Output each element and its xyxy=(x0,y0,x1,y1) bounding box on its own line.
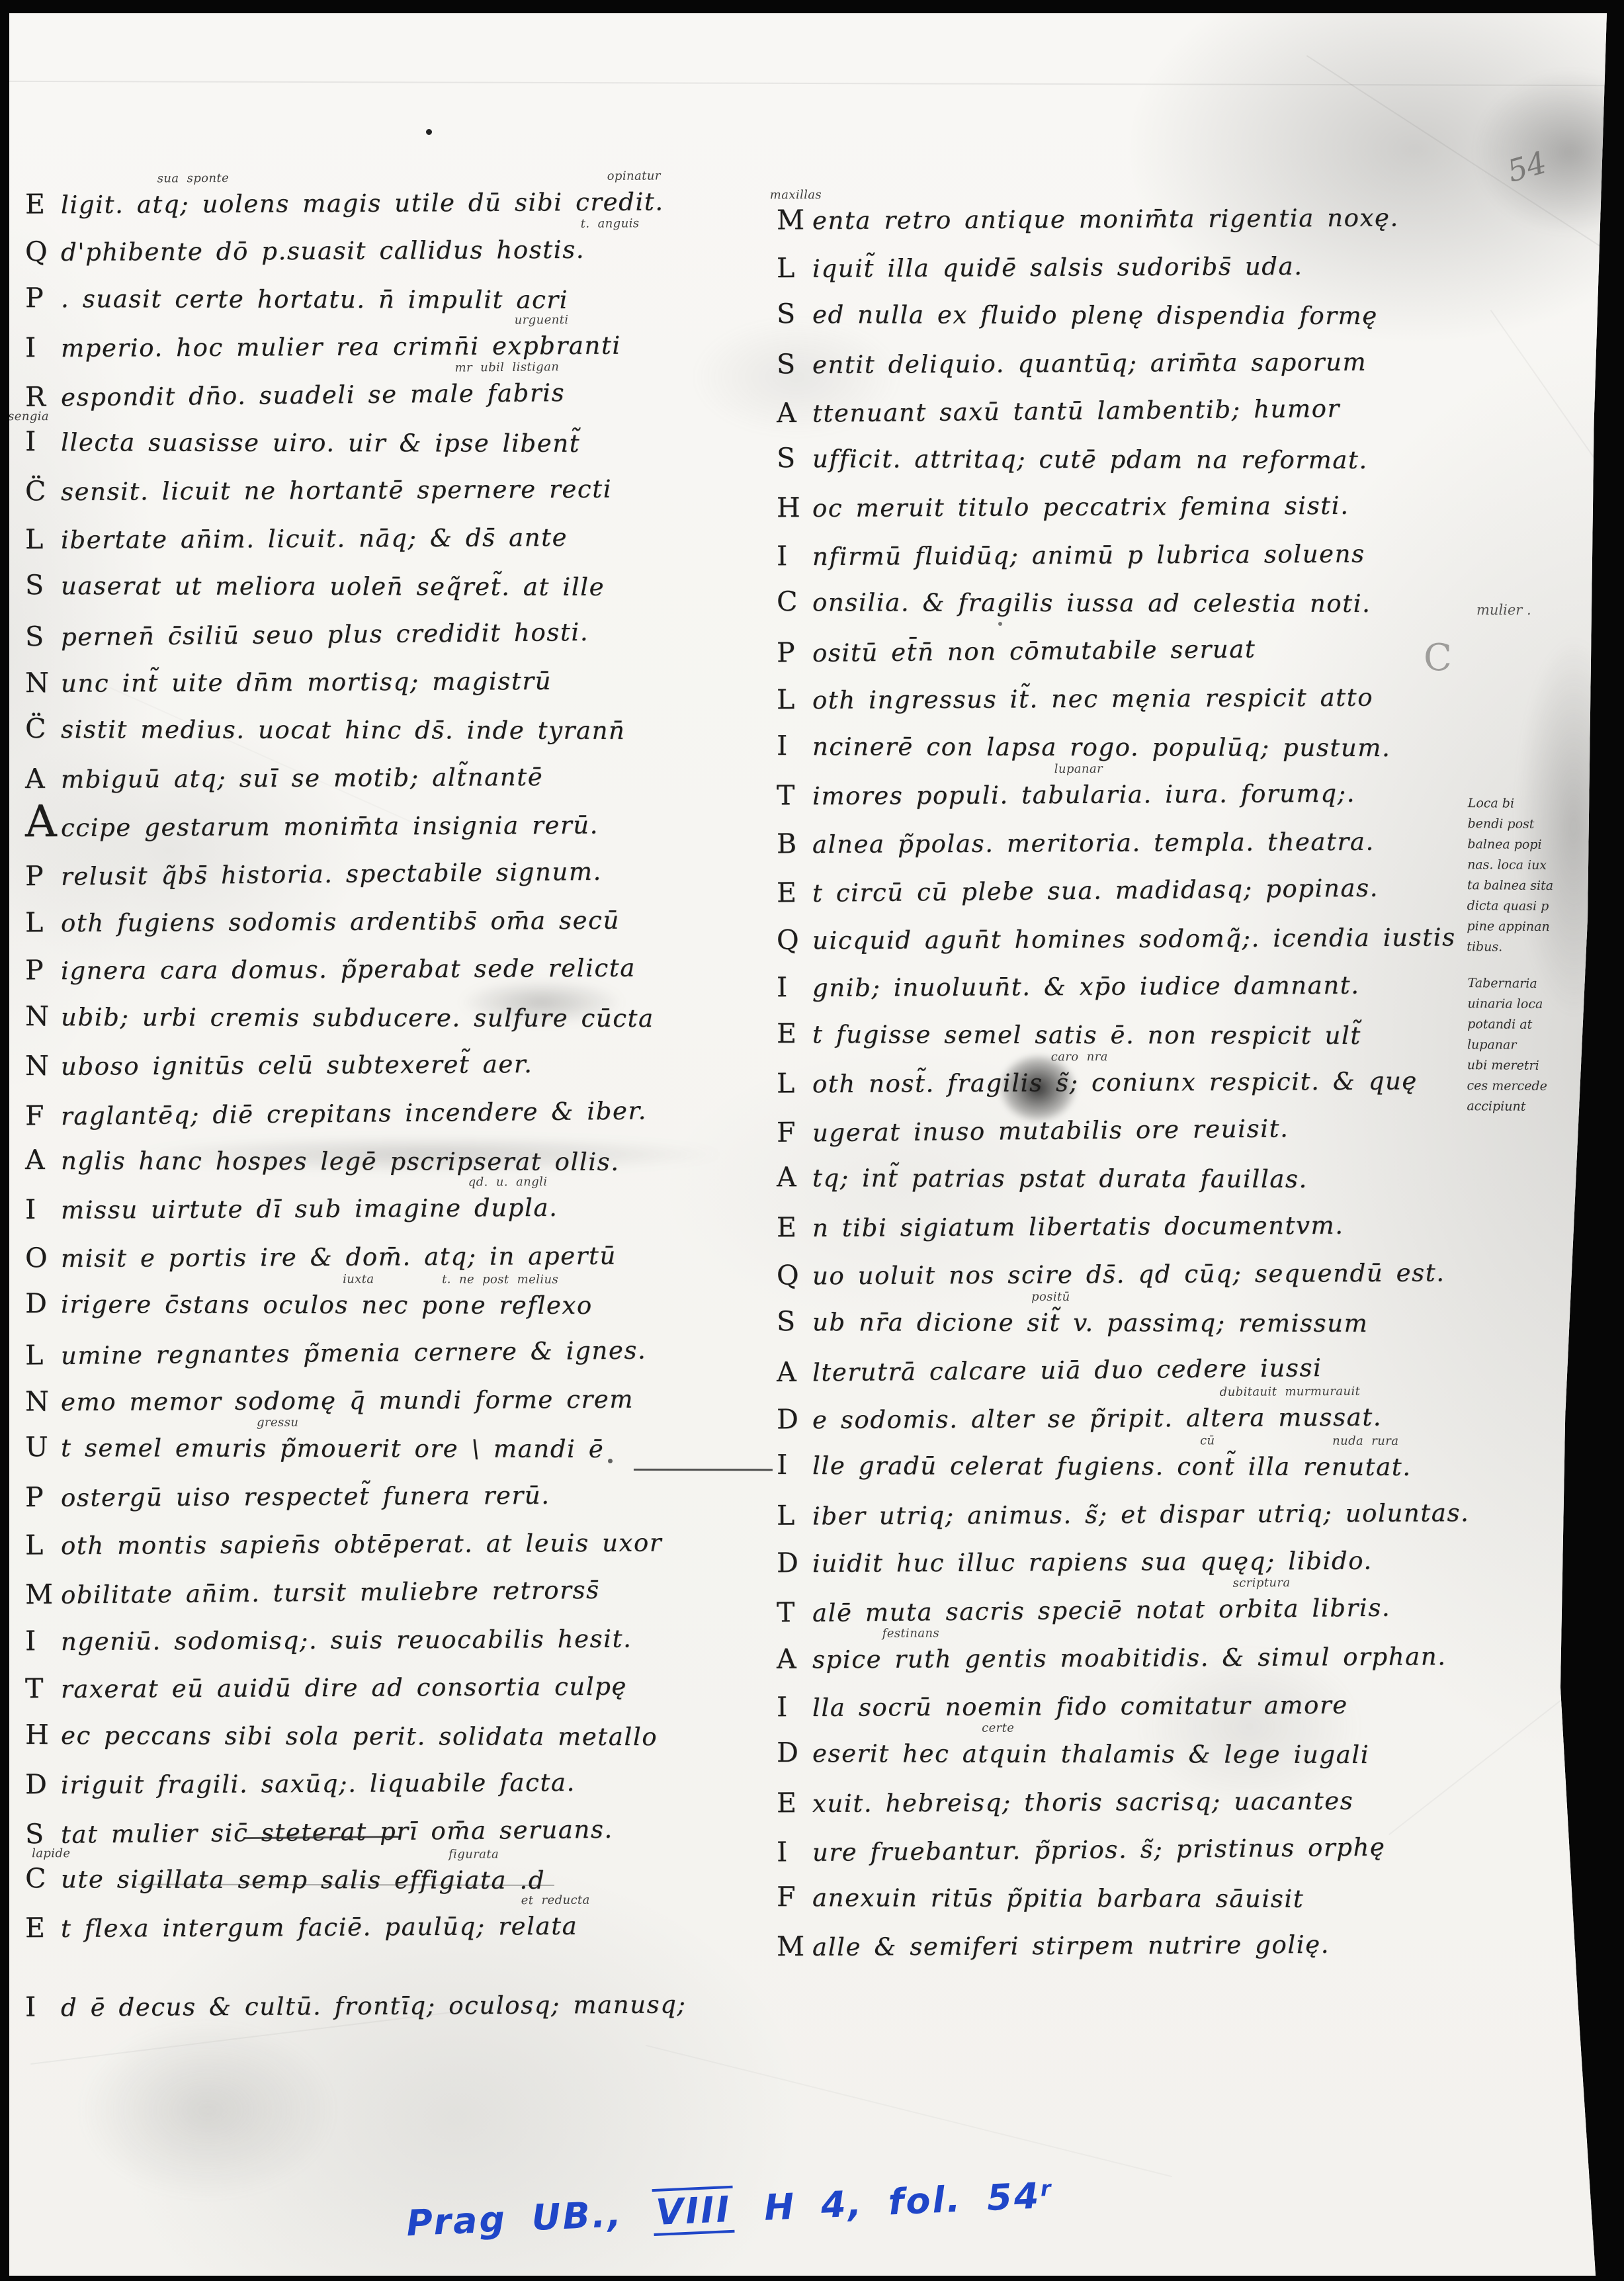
line-initial: P xyxy=(777,637,812,667)
line-text: imores populi. tabularia. iura. forumq;. xyxy=(812,779,1355,810)
verse-line: Consilia. & fragilis iussa ad celestia n… xyxy=(777,587,1371,626)
line-initial: O xyxy=(25,1243,61,1273)
line-initial: A xyxy=(777,1644,812,1674)
line-initial: Q xyxy=(777,1260,812,1290)
interlinear-gloss: figurata xyxy=(449,1849,499,1861)
interlinear-gloss: nuda rura xyxy=(1332,1436,1398,1447)
interlinear-gloss: maxillas xyxy=(770,189,822,201)
verse-line: Pignera cara domus. p̃perabat sede relic… xyxy=(25,953,636,994)
verse-line: Traxerat eū auidū dire ad consortia culp… xyxy=(25,1671,627,1713)
verse-line: Nubib; urbi cremis subducere. sulfure cū… xyxy=(25,1002,654,1041)
margin-note-line: nas. loca iux xyxy=(1467,855,1623,877)
verse-line: C̈sensit. licuit ne hortantē spernere re… xyxy=(25,474,612,515)
line-initial: S xyxy=(25,621,61,652)
verse-line: Infirmū fluidūq; animū p lubrica soluens xyxy=(777,538,1365,580)
line-initial: I xyxy=(25,1195,61,1225)
verse-line: Postergū uiso respectet̃ funera rerū. xyxy=(25,1480,550,1521)
line-text: ttenuant saxū tantū lambentib; humor xyxy=(812,394,1340,428)
line-text: relusit q̃bs̄ historia. spectabile signu… xyxy=(61,857,602,890)
line-initial: E xyxy=(25,1913,61,1943)
verse-line: Lumine regnantes p̃menia cernere & ignes… xyxy=(25,1334,647,1379)
interlinear-gloss: festinans xyxy=(882,1627,939,1639)
line-initial: M xyxy=(777,205,812,235)
interlinear-gloss: positū xyxy=(1031,1291,1070,1303)
line-text: e sodomis. alter se p̃ripit. altera muss… xyxy=(812,1402,1382,1434)
margin-note-line: ubi meretri xyxy=(1467,1055,1623,1077)
line-initial: I xyxy=(777,972,812,1002)
verse-line: En tibi sigiatum libertatis documentvm. xyxy=(777,1209,1344,1250)
line-initial: M xyxy=(25,1579,61,1610)
line-initial: D xyxy=(25,1770,61,1799)
line-initial: E xyxy=(777,1788,812,1818)
line-initial: F xyxy=(25,1101,61,1131)
folio-number: 54 xyxy=(1504,144,1551,189)
line-text: oth ingressus it̃. nec męnia respicit at… xyxy=(812,683,1373,714)
verse-line: Respondit dn̄o. suadeli se male fabrismr… xyxy=(25,377,566,421)
verse-line: Quicquid agun̄t homines sodomq̃;. icendi… xyxy=(777,922,1456,963)
line-initial: T xyxy=(777,1597,812,1627)
line-initial: T xyxy=(777,781,812,810)
verse-line: Suaserat ut meliora uolen̄ seq̃ret̃. at … xyxy=(25,570,605,610)
line-initial: I xyxy=(777,1837,812,1868)
interlinear-gloss: gressu xyxy=(257,1417,298,1429)
line-initial: D xyxy=(777,1404,812,1434)
interlinear-gloss: mr ubil listigan xyxy=(454,361,559,374)
line-initial: I xyxy=(777,1692,812,1721)
verse-line: C̈sistit medius. uocat hinc ds̄. inde ty… xyxy=(25,714,626,753)
line-text: pernen̄ c̄siliū seuo plus credidit hosti… xyxy=(61,618,589,652)
interlinear-gloss: lapide xyxy=(32,1848,70,1860)
line-initial: L xyxy=(777,1500,812,1530)
crease-line xyxy=(646,2045,1172,2177)
interlinear-gloss: opinatur xyxy=(607,170,661,182)
line-text: onsilia. & fragilis iussa ad celestia no… xyxy=(812,588,1371,618)
verse-line: Et circū cū plebe sua. madidasq; popinas… xyxy=(777,873,1379,917)
line-initial: E xyxy=(777,1019,812,1049)
margin-note-line: Tabernaria xyxy=(1468,973,1623,995)
verse-line: Nemo memor sodomę q̄ mundi forme crem xyxy=(25,1384,634,1426)
line-text: iquit̃ illa quidē salsis sudoribs̄ uda. xyxy=(812,251,1303,282)
verse-line: Aspice ruth gentis moabitidis. & simul o… xyxy=(777,1641,1447,1682)
line-initial: F xyxy=(777,1882,812,1912)
line-text: uo uoluit nos scire ds̄. qd cūq; sequend… xyxy=(812,1258,1445,1290)
verse-line: Liquit̃ illa quidē salsis sudoribs̄ uda. xyxy=(777,250,1303,291)
line-initial: L xyxy=(25,1340,61,1371)
line-initial: T xyxy=(25,1674,61,1703)
line-initial: I xyxy=(777,731,812,761)
verse-line: Quo uoluit nos scire ds̄. qd cūq; sequen… xyxy=(777,1257,1445,1299)
line-text: emo memor sodomę q̄ mundi forme crem xyxy=(61,1385,634,1417)
shelfmark-annotation: Prag UB., VIII H 4, fol. 54r xyxy=(406,2174,1054,2245)
line-text: ufficit. attritaq; cutē pdam na reformat… xyxy=(812,445,1368,474)
verse-line: Sub nr̄a dicione sit̃ v. passimq; remiss… xyxy=(777,1307,1368,1346)
line-text: obilitate an̄im. tursit muliebre retrors… xyxy=(61,1575,600,1609)
verse-line: Qd'phibente dō p.suasit callidus hostis.… xyxy=(25,234,585,275)
verse-line: Iure fruebantur. p̃prios. s̃; pristinus … xyxy=(777,1832,1386,1876)
line-text: ccipe gestarum monim̄ta insignia rerū. xyxy=(61,811,599,842)
line-initial: L xyxy=(25,525,61,554)
shelfmark-mid: H 4, fol. 54 xyxy=(763,2175,1042,2229)
line-text: ec peccans sibi sola perit. solidata met… xyxy=(61,1721,658,1751)
line-text: ncinerē con lapsa rogo. populūq; pustum. xyxy=(812,732,1390,762)
line-text: d ē decus & cultū. frontīq; oculosq; man… xyxy=(61,1990,687,2022)
crease-line xyxy=(1306,55,1624,330)
verse-line: Mobilitate an̄im. tursit muliebre retror… xyxy=(25,1574,600,1617)
line-text: n tibi sigiatum libertatis documentvm. xyxy=(812,1211,1344,1242)
line-initial: I xyxy=(777,541,812,571)
verse-line: Loth ingressus it̃. nec męnia respicit a… xyxy=(777,682,1373,724)
line-text: mbiguū atq; suī se motib; alt̃nantē xyxy=(61,763,543,794)
line-initial: I xyxy=(25,427,61,456)
line-initial: B xyxy=(777,829,812,859)
interlinear-gloss: scriptura xyxy=(1232,1576,1290,1589)
crease-line xyxy=(109,687,412,822)
line-initial: E xyxy=(25,189,61,219)
line-text: ostergū uiso respectet̃ funera rerū. xyxy=(61,1481,550,1512)
interlinear-gloss: lupanar xyxy=(1054,763,1103,775)
margin-note-tabernaria: Tabernariauinaria locapotandi atlupanaru… xyxy=(1467,973,1623,1118)
verse-line: Fraglantēq; diē crepitans incendere & ib… xyxy=(25,1095,648,1139)
margin-note-line: ces mercede xyxy=(1467,1076,1622,1097)
line-text: ositū et̄n̄ non cōmutabile seruat xyxy=(812,634,1256,667)
verse-line: Nunc int̃ uite dn̄m mortisq; magistrū xyxy=(25,666,552,707)
line-text: enta retro antique monim̄ta rigentia nox… xyxy=(812,204,1399,236)
crease-line xyxy=(1389,1659,1613,1835)
verse-line: Loth fugiens sodomis ardentibs̄ om̄a sec… xyxy=(25,905,620,947)
verse-line: Id ē decus & cultū. frontīq; oculosq; ma… xyxy=(25,1989,687,2030)
margin-note-line: pine appinan xyxy=(1467,916,1622,938)
line-initial: D xyxy=(777,1738,812,1768)
verse-line: Loth montis sapien̄s obtēperat. at leuis… xyxy=(25,1528,662,1569)
line-initial: A xyxy=(25,764,61,794)
line-initial: C xyxy=(25,1864,61,1893)
line-initial: I xyxy=(25,1992,61,2022)
line-initial: L xyxy=(777,253,812,282)
line-text: raxerat eū auidū dire ad consortia culpę xyxy=(61,1672,627,1703)
margin-note-line: uinaria loca xyxy=(1467,994,1623,1015)
line-text: irigere c̄stans oculos nec pone reflexo xyxy=(61,1290,593,1320)
line-text: entit deliquio. quantūq; arim̄ta saporum xyxy=(812,347,1367,378)
line-text: ibertate an̄im. licuit. nāq; & ds̄ ante xyxy=(61,523,568,554)
line-initial: S xyxy=(25,1819,61,1849)
verse-line: Spernen̄ c̄siliū seuo plus credidit host… xyxy=(25,617,589,660)
margin-note-line: Loca bi xyxy=(1468,793,1623,815)
verse-line: Prelusit q̃bs̄ historia. spectabile sign… xyxy=(25,855,602,899)
interlinear-gloss: urguenti xyxy=(515,314,569,326)
verse-line: Ignib; inuoluun̄t. & xp̄o iudice damnant… xyxy=(777,970,1360,1011)
line-text: alē muta sacris speciē notat orbita libr… xyxy=(812,1593,1391,1627)
line-initial: A xyxy=(777,398,812,429)
verse-line: Sed nulla ex fluido plenę dispendia form… xyxy=(777,299,1378,339)
verse-line: Nuboso ignitūs celū subtexeret̃ aer. xyxy=(25,1049,533,1090)
line-text: alnea p̃polas. meritoria. templa. theatr… xyxy=(812,827,1375,858)
line-text: ignera cara domus. p̃perabat sede relict… xyxy=(61,954,636,986)
verse-line: Malle & semiferi stirpem nutrire golię. xyxy=(777,1929,1330,1970)
line-initial: A xyxy=(25,1145,61,1175)
verse-line: Sentit deliquio. quantūq; arim̄ta saporu… xyxy=(777,346,1367,388)
line-initial: F xyxy=(777,1117,812,1148)
line-initial: A xyxy=(777,1357,812,1387)
line-initial: E xyxy=(777,1212,812,1242)
verse-line: Ambiguū atq; suī se motib; alt̃nantē xyxy=(25,761,544,802)
margin-note-line: accipiunt xyxy=(1467,1096,1622,1118)
line-initial: R xyxy=(25,382,61,412)
line-text: lterutrā calcare uiā duo cedere iussi xyxy=(812,1354,1322,1387)
line-text: t circū cū plebe sua. madidasq; popinas. xyxy=(812,874,1379,908)
line-text: nglis hanc hospes legē pscripserat ollis… xyxy=(61,1146,620,1176)
interlinear-gloss: caro nra xyxy=(1051,1051,1108,1063)
line-text: oc meruit titulo peccatrix femina sisti. xyxy=(812,492,1349,523)
speck xyxy=(608,1459,613,1463)
verse-line: Ingeniū. sodomisq;. suis reuocabilis hes… xyxy=(25,1623,632,1665)
line-text: . suasit certe hortatu. n̄ impulit acri xyxy=(61,284,568,314)
line-initial: D xyxy=(25,1289,61,1318)
interlinear-gloss: t. ne post melius xyxy=(442,1274,558,1286)
interlinear-gloss: cū xyxy=(1200,1435,1215,1447)
line-text: spice ruth gentis moabitidis. & simul or… xyxy=(812,1642,1447,1674)
shelfmark-prefix: Prag UB., xyxy=(406,2193,624,2244)
crease-line xyxy=(1490,310,1624,538)
line-initial: S xyxy=(777,1307,812,1336)
shelfmark-recto-mark: r xyxy=(1040,2176,1053,2202)
line-text: ute sigillata semp salis effigiata .d xyxy=(61,1865,545,1895)
line-text: ugerat inuso mutabilis ore reuisit. xyxy=(812,1114,1289,1147)
line-text: mperio. hoc mulier rea crimn̄i expbranti xyxy=(61,331,621,363)
margin-initial-c: C xyxy=(1424,636,1452,679)
line-text: raglantēq; diē crepitans incendere & ibe… xyxy=(61,1096,647,1131)
line-initial: N xyxy=(25,668,61,698)
line-text: sistit medius. uocat hinc ds̄. inde tyra… xyxy=(61,716,626,746)
verse-line: Et flexa intergum faciē. paulūq; relatae… xyxy=(25,1911,578,1952)
line-text: tat mulier sic̄ steterat prī om̄a seruan… xyxy=(61,1815,613,1848)
line-initial: S xyxy=(777,443,812,473)
verse-line: Exuit. hebreisq; thoris sacrisq; uacante… xyxy=(777,1785,1354,1827)
verse-line: Positū et̄n̄ non cōmutabile seruat xyxy=(777,633,1256,676)
speck xyxy=(426,129,432,135)
verse-line: Diriguit fragili. saxūq;. liquabile fact… xyxy=(25,1767,576,1808)
manuscript-page: 54 mulier . C Eligit. atq; uolens magis … xyxy=(9,13,1607,2276)
line-text: lla socrū noemin fido comitatur amore xyxy=(812,1690,1348,1721)
line-initial: P xyxy=(25,1483,61,1512)
line-initial: L xyxy=(777,685,812,714)
verse-line: Libertate an̄im. licuit. nāq; & ds̄ ante xyxy=(25,522,568,563)
interlinear-gloss: et reducta xyxy=(521,1895,590,1907)
line-initial: L xyxy=(25,908,61,937)
verse-line: P. suasit certe hortatu. n̄ impulit acri xyxy=(25,283,568,323)
verse-line: Balnea p̃polas. meritoria. templa. theat… xyxy=(777,826,1375,867)
margin-note-line: lupanar xyxy=(1467,1035,1623,1056)
line-text: alle & semiferi stirpem nutrire golię. xyxy=(812,1930,1330,1961)
line-initial: C̈ xyxy=(25,714,61,744)
line-initial: P xyxy=(25,956,61,986)
line-text: llecta suasisse uiro. uir & ipse libent̃ xyxy=(61,428,580,458)
line-initial: P xyxy=(25,283,61,313)
line-initial: N xyxy=(25,1051,61,1081)
line-text: oth montis sapien̄s obtēperat. at leuis … xyxy=(61,1529,662,1561)
line-text: iriguit fragili. saxūq;. liquabile facta… xyxy=(61,1768,576,1799)
margin-gloss-mulier: mulier . xyxy=(1476,602,1531,618)
verse-line: Dirigere c̄stans oculos nec pone reflexo… xyxy=(25,1289,593,1328)
verse-line: Sufficit. attritaq; cutē pdam na reforma… xyxy=(777,443,1368,483)
line-text: d'phibente dō p.suasit callidus hostis. xyxy=(61,236,585,267)
margin-note-line: ta balnea sita xyxy=(1467,875,1623,897)
interlinear-gloss: uersengia xyxy=(0,411,49,423)
verse-line: Hec peccans sibi sola perit. solidata me… xyxy=(25,1720,658,1760)
verse-line: Imissu uirtute dī sub imagine dupla.qd. … xyxy=(25,1192,558,1233)
line-text: eserit hec atquin thalamis & lege iugali xyxy=(812,1739,1369,1769)
verse-line: Ut semel emuris p̃mouerit ore \ mandi ēg… xyxy=(25,1432,604,1472)
line-text: espondit dn̄o. suadeli se male fabris xyxy=(61,378,566,411)
verse-line: Fugerat inuso mutabilis ore reuisit. xyxy=(777,1113,1289,1156)
line-initial: I xyxy=(777,1450,812,1480)
line-text: iuidit huc illuc rapiens sua quęq; libid… xyxy=(812,1547,1373,1578)
verse-line: De sodomis. alter se p̃ripit. altera mus… xyxy=(777,1401,1382,1443)
shelfmark-roman-numeral: VIII xyxy=(652,2186,735,2236)
line-text: ligit. atq; uolens magis utile dū sibi c… xyxy=(61,187,664,219)
line-text: t flexa intergum faciē. paulūq; relata xyxy=(61,1912,578,1943)
line-text: uboso ignitūs celū subtexeret̃ aer. xyxy=(61,1050,533,1081)
line-text: oth nost̃. fragilis s̃; coniunx respicit… xyxy=(812,1066,1418,1098)
verse-line: Ille gradū celerat fugiens. cont̃ illa r… xyxy=(777,1450,1412,1490)
verse-line: Fanexuin ritūs p̃pitia barbara sāuisit xyxy=(777,1882,1304,1922)
interlinear-gloss: dubitauit murmurauit xyxy=(1220,1385,1361,1398)
line-text: sensit. licuit ne hortantē spernere rect… xyxy=(61,475,612,506)
line-initial: L xyxy=(25,1530,61,1560)
line-initial: Q xyxy=(777,925,812,955)
line-initial: U xyxy=(25,1432,61,1462)
verse-line: Hoc meruit titulo peccatrix femina sisti… xyxy=(777,490,1349,532)
verse-line: Illa socrū noemin fido comitatur amore xyxy=(777,1689,1348,1731)
verse-line: Loth nost̃. fragilis s̃; coniunx respici… xyxy=(777,1065,1418,1107)
line-text: oth fugiens sodomis ardentibs̄ om̄a secū xyxy=(61,906,620,937)
interlinear-gloss: sua sponte xyxy=(157,173,229,185)
line-text: unc int̃ uite dn̄m mortisq; magistrū xyxy=(61,667,552,698)
crease-line xyxy=(9,81,1607,86)
line-initial: A xyxy=(25,812,61,832)
verse-line: Deserit hec atquin thalamis & lege iugal… xyxy=(777,1738,1369,1778)
line-initial: Q xyxy=(25,237,61,267)
line-initial: I xyxy=(25,333,61,363)
line-initial: E xyxy=(777,878,812,908)
margin-note-line: bendi post xyxy=(1467,814,1623,836)
photostat-frame: 54 mulier . C Eligit. atq; uolens magis … xyxy=(0,0,1624,2281)
interlinear-gloss: t. anguis xyxy=(581,218,640,230)
line-initial: N xyxy=(25,1002,61,1031)
line-text: misit e portis ire & dom̄. atq; in apert… xyxy=(61,1241,617,1272)
verse-line: Accipe gestarum monim̄ta insignia rerū. xyxy=(25,809,599,851)
margin-note-line: dicta quasi p xyxy=(1467,896,1623,918)
line-initial: H xyxy=(25,1720,61,1750)
verse-line: Liber utriq; animus. s̃; et dispar utriq… xyxy=(777,1497,1470,1539)
line-text: t fugisse semel satis ē. non respicit ul… xyxy=(812,1020,1361,1050)
line-initial: N xyxy=(25,1387,61,1416)
line-initial: I xyxy=(25,1626,61,1656)
line-initial: P xyxy=(25,861,61,891)
verse-line: Illecta suasisse uiro. uir & ipse libent… xyxy=(25,427,580,466)
line-text: t semel emuris p̃mouerit ore \ mandi ē xyxy=(61,1434,604,1464)
line-text: missu uirtute dī sub imagine dupla. xyxy=(61,1193,558,1225)
verse-line: Eligit. atq; uolens magis utile dū sibi … xyxy=(25,186,664,228)
verse-line: Talē muta sacris speciē notat orbita lib… xyxy=(777,1592,1391,1636)
interlinear-gloss: certe xyxy=(982,1723,1014,1735)
line-initial: C̈ xyxy=(25,476,61,506)
line-text: iber utriq; animus. s̃; et dispar utriq;… xyxy=(812,1498,1470,1530)
line-initial: S xyxy=(25,570,61,600)
line-text: anexuin ritūs p̃pitia barbara sāuisit xyxy=(812,1883,1304,1913)
line-text: lle gradū celerat fugiens. cont̃ illa re… xyxy=(812,1451,1412,1481)
verse-line: Attenuant saxū tantū lambentib; humor xyxy=(777,393,1340,437)
verse-line: Cute sigillata semp salis effigiata .dla… xyxy=(25,1864,545,1903)
line-text: uaserat ut meliora uolen̄ seq̃ret̃. at i… xyxy=(61,572,605,601)
verse-line: Menta retro antique monim̄ta rigentia no… xyxy=(777,202,1399,244)
margin-note-loca-bibendi: Loca bibendi postbalnea popinas. loca iu… xyxy=(1467,793,1623,959)
line-text: gnib; inuoluun̄t. & xp̄o iudice damnant. xyxy=(812,971,1360,1002)
line-initial: L xyxy=(777,1068,812,1098)
line-initial: S xyxy=(777,299,812,329)
verse-line: Timores populi. tabularia. iura. forumq;… xyxy=(777,778,1355,820)
line-text: umine regnantes p̃menia cernere & ignes. xyxy=(61,1336,647,1369)
line-text: ngeniū. sodomisq;. suis reuocabilis hesi… xyxy=(61,1625,632,1657)
line-initial: M xyxy=(777,1932,812,1961)
line-initial: H xyxy=(777,493,812,523)
margin-note-line: balnea popi xyxy=(1467,834,1623,856)
underline-mark xyxy=(634,1469,773,1471)
line-text: uicquid agun̄t homines sodomq̃;. icendia… xyxy=(812,923,1456,955)
line-text: tq; int̃ patrias pstat durata fauillas. xyxy=(812,1164,1308,1193)
line-text: ub nr̄a dicione sit̃ v. passimq; remissu… xyxy=(812,1308,1368,1338)
line-text: ed nulla ex fluido plenę dispendia formę xyxy=(812,300,1378,330)
line-text: ure fruebantur. p̃prios. s̃; pristinus o… xyxy=(812,1833,1386,1867)
margin-note-line: potandi at xyxy=(1467,1014,1623,1036)
line-initial: S xyxy=(777,349,812,379)
interlinear-gloss: qd. u. angli xyxy=(468,1176,548,1189)
line-text: nfirmū fluidūq; animū p lubrica soluens xyxy=(812,539,1365,570)
line-initial: A xyxy=(777,1162,812,1192)
interlinear-gloss: iuxta xyxy=(343,1273,374,1285)
margin-note-line: tibus. xyxy=(1467,937,1622,959)
line-text: ubib; urbi cremis subducere. sulfure cūc… xyxy=(61,1003,654,1033)
verse-line: Stat mulier sic̄ steterat prī om̄a serua… xyxy=(25,1813,613,1858)
line-initial: C xyxy=(777,587,812,617)
line-initial: D xyxy=(777,1548,812,1578)
verse-line: Atq; int̃ patrias pstat durata fauillas. xyxy=(777,1162,1308,1202)
line-text: xuit. hebreisq; thoris sacrisq; uacantes xyxy=(812,1786,1354,1817)
